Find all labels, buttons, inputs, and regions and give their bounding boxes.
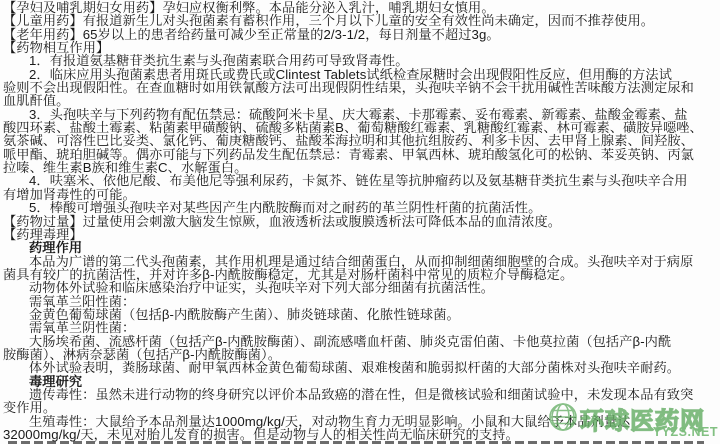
text-line: 大肠埃希菌、流感杆菌（包括产β-内酰胺酶菌）、副流感嗜血杆菌、肺炎克雷伯菌、卡他… [3,335,720,348]
text-line: 5．棒酸可增强头孢呋辛对某些因产生内酰胺酶而对之耐药的革兰阴性杆菌的抗菌活性。 [3,201,720,214]
text-line: 血肌酐值。 [3,94,720,107]
text-line: 动物体外试验和临床感染治疗中证实，头孢呋辛对下列大部分细菌有抗菌活性。 [3,281,720,294]
text-line: 需氧革兰阳性菌： [3,295,720,308]
text-line: 生殖毒性：大鼠给予本品剂量达1000mg/kg/天，对动物生育力无明显影响。小鼠… [3,415,720,428]
text-line: 毒理研究 [3,375,720,388]
text-line: 遗传毒性：虽然未进行动物的终身研究以评价本品致癌的潜在性，但是微核试验和细菌试验… [3,388,720,401]
text-line: 【老年用药】65岁以上的患者给药量可减少至正常量的2/3-1/2，每日剂量不超过… [3,28,720,41]
text-line: 验则不会出现假阳性。在查血糖时如用铁氰酸方法可出现假阴性结果，头孢呋辛钠不会干扰… [3,81,720,94]
document-text: 【孕妇及哺乳期妇女用药】孕妇应权衡利弊。本品能分泌入乳汁，哺乳期妇女慎用。【儿童… [0,0,720,444]
text-line: 药理作用 [3,241,720,254]
text-line: 【儿童用药】有报道新生儿对头孢菌素有蓄积作用，三个月以下儿童的安全有效性尚未确定… [3,14,720,27]
text-line: 1．有报道氨基糖苷类抗生素与头孢菌素联合用药可导致肾毒性。 [3,54,720,67]
text-line: 氨茶碱、可溶性巴比妥类、氯化钙、葡庚糖酸钙、盐酸苯海拉明和其他抗组胺药、利多卡因… [3,134,720,147]
text-line: 体外试验表明，粪肠球菌、耐甲氧西林金黄色葡萄球菌、艰难梭菌和脆弱拟杆菌的大部分菌… [3,361,720,374]
text-line: 变作用。 [3,401,720,414]
text-line: 需氧革兰阴性菌： [3,321,720,334]
text-line: 4．呋塞米、依他尼酸、布美他尼等强利尿药，卡氮芥、链佐星等抗肿瘤药以及氨基糖苷类… [3,174,720,187]
text-line: 本品为广谱的第二代头孢菌素，其作用机理是通过结合细菌蛋白，从而抑制细菌细胞壁的合… [3,255,720,268]
text-line: 32000mg/kg/天，未见对胎儿发育的损害。但是动物与人的相关性尚无临床研究… [3,428,720,441]
text-line: 【药物过量】过量使用会刺激大脑发生惊厥，血液透析法或腹膜透析法可降低本品的血清浓… [3,215,720,228]
text-line: 【药理毒理】 [3,228,720,241]
